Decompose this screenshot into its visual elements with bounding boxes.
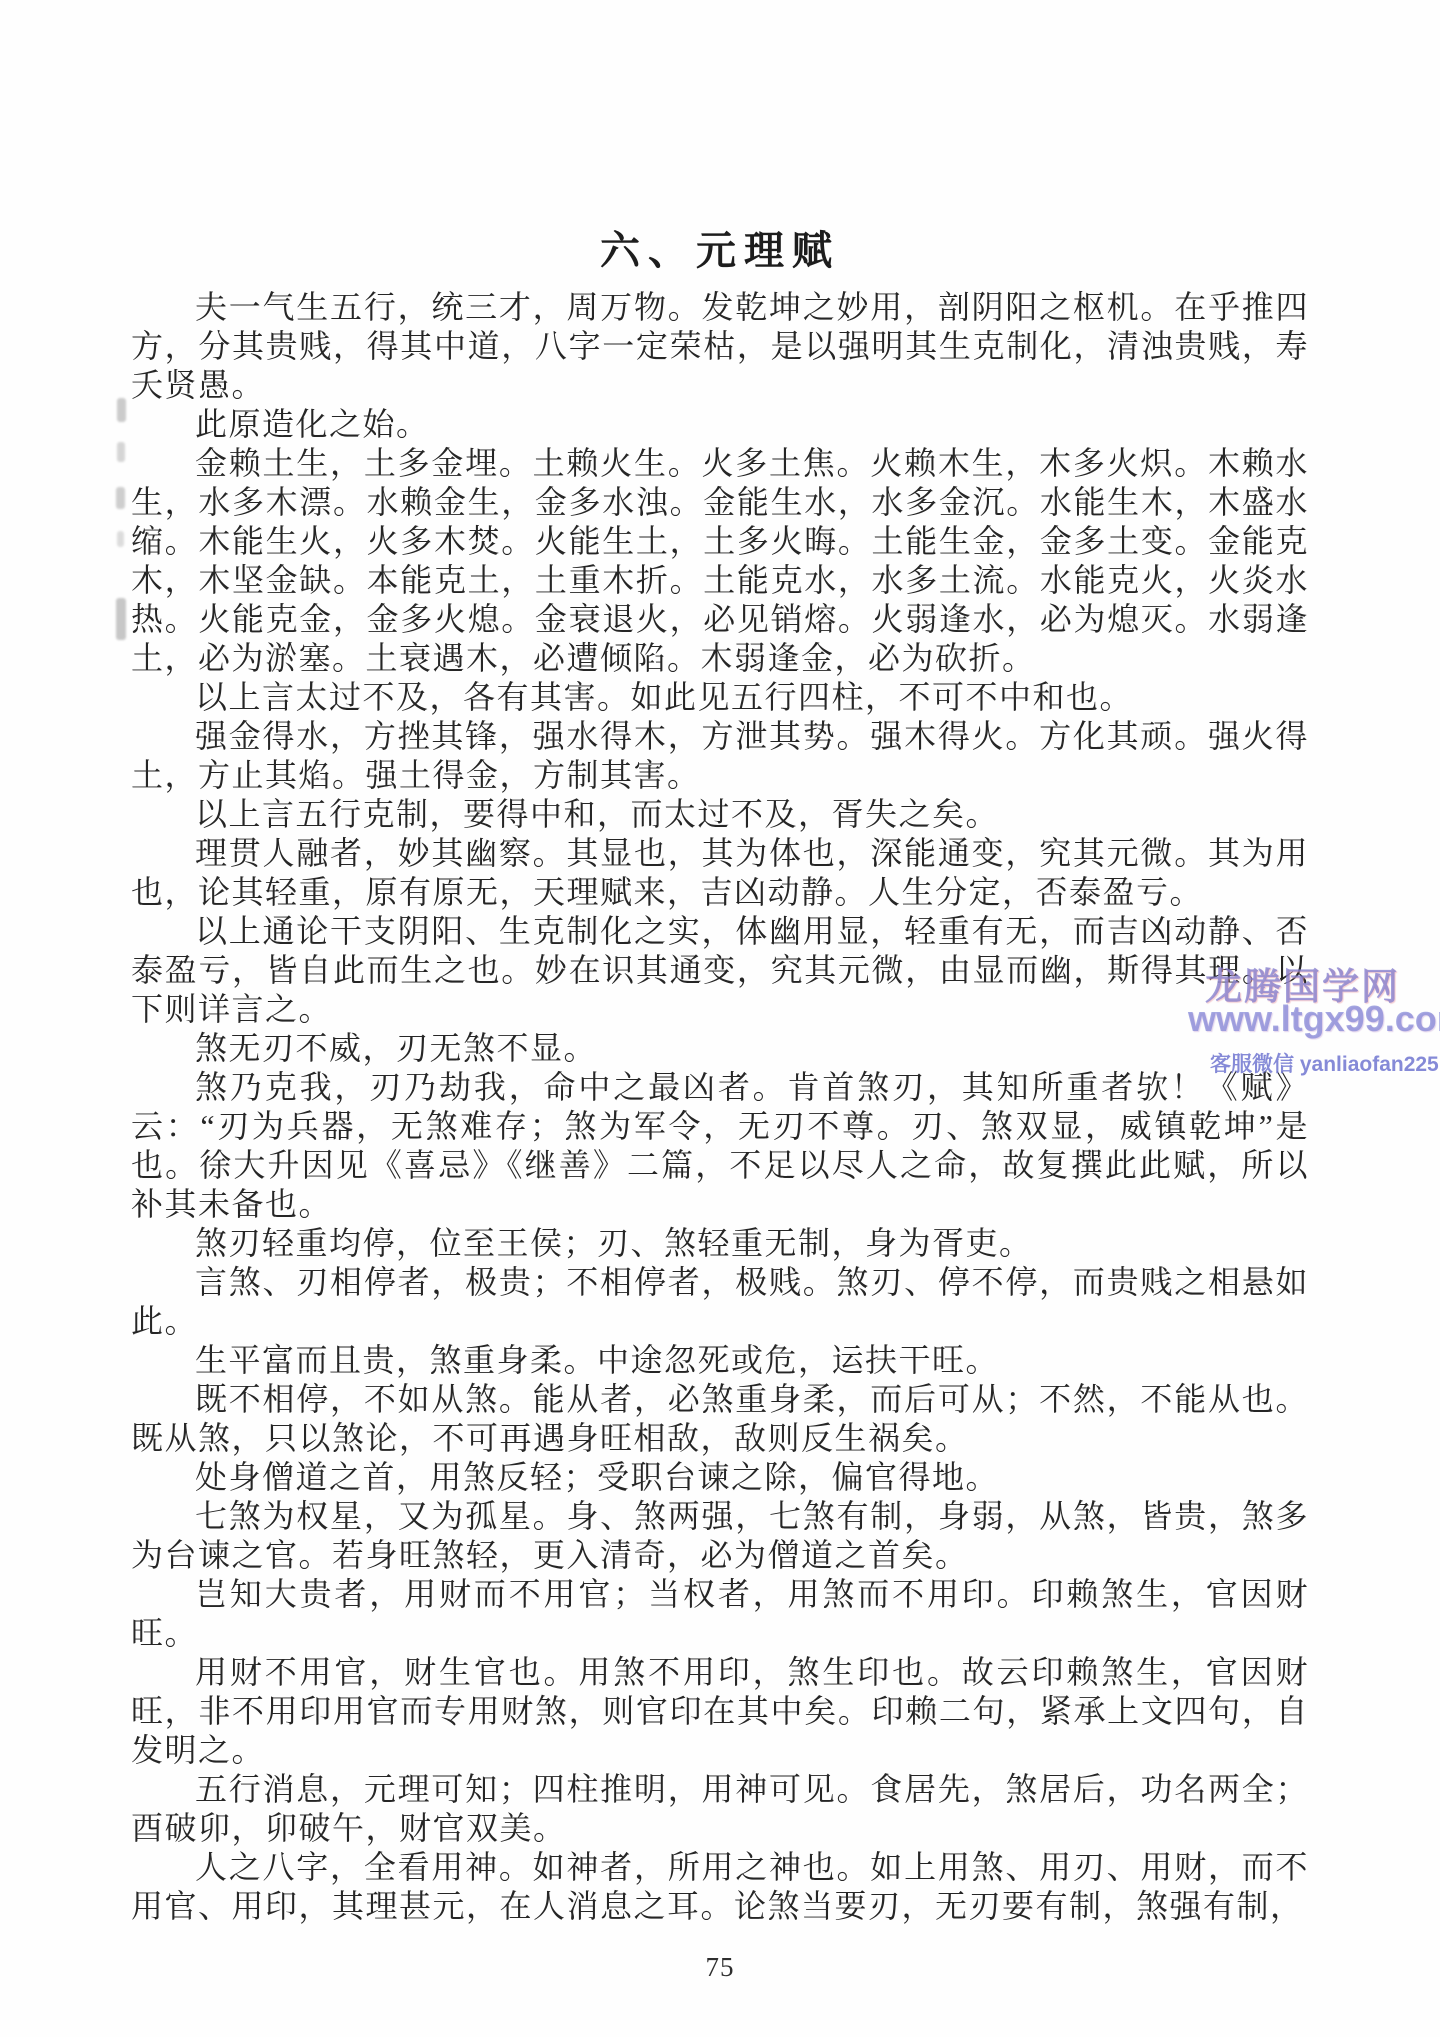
paragraph: 夫一气生五行，统三才，周万物。发乾坤之妙用，剖阴阳之枢机。在乎推四方，分其贵贱，… bbox=[131, 288, 1309, 405]
paragraph: 处身僧道之首，用煞反轻；受职台谏之除，偏官得地。 bbox=[131, 1458, 1309, 1497]
paragraph: 以上言太过不及，各有其害。如此见五行四柱，不可不中和也。 bbox=[131, 678, 1309, 717]
paragraph: 此原造化之始。 bbox=[131, 405, 1309, 444]
paragraph: 言煞、刃相停者，极贵；不相停者，极贱。煞刃、停不停，而贵贱之相悬如此。 bbox=[131, 1263, 1309, 1341]
scan-artifact bbox=[117, 398, 126, 422]
scan-artifact bbox=[117, 442, 125, 462]
paragraph: 以上言五行克制，要得中和，而太过不及，胥失之矣。 bbox=[131, 795, 1309, 834]
paragraph: 以上通论干支阴阳、生克制化之实，体幽用显，轻重有无，而吉凶动静、否泰盈亏，皆自此… bbox=[131, 912, 1309, 1029]
paragraph: 既不相停，不如从煞。能从者，必煞重身柔，而后可从；不然，不能从也。既从煞，只以煞… bbox=[131, 1380, 1309, 1458]
paragraph: 岂知大贵者，用财而不用官；当权者，用煞而不用印。印赖煞生，官因财旺。 bbox=[131, 1575, 1309, 1653]
paragraph: 人之八字，全看用神。如神者，所用之神也。如上用煞、用刃、用财，而不用官、用印，其… bbox=[131, 1848, 1309, 1926]
paragraph: 煞刃轻重均停，位至王侯；刃、煞轻重无制，身为胥吏。 bbox=[131, 1224, 1309, 1263]
paragraph: 理贯人融者，妙其幽察。其显也，其为体也，深能通变，究其元微。其为用也，论其轻重，… bbox=[131, 834, 1309, 912]
scan-artifact bbox=[116, 598, 126, 640]
paragraph: 煞无刃不威，刃无煞不显。 bbox=[131, 1029, 1309, 1068]
paragraph: 强金得水，方挫其锋，强水得木，方泄其势。强木得火。方化其顽。强火得土，方止其焰。… bbox=[131, 717, 1309, 795]
paragraph: 七煞为权星，又为孤星。身、煞两强，七煞有制，身弱，从煞，皆贵，煞多为台谏之官。若… bbox=[131, 1497, 1309, 1575]
scan-artifact bbox=[117, 531, 124, 547]
paragraph: 五行消息，元理可知；四柱推明，用神可见。食居先，煞居后，功名两全；酉破卯，卯破午… bbox=[131, 1770, 1309, 1848]
page-title: 六、元理赋 bbox=[131, 228, 1309, 274]
paragraph: 用财不用官，财生官也。用煞不用印，煞生印也。故云印赖煞生，官因财旺，非不用印用官… bbox=[131, 1653, 1309, 1770]
page-number: 75 bbox=[0, 1952, 1440, 1983]
paragraph: 生平富而且贵，煞重身柔。中途忽死或危，运扶干旺。 bbox=[131, 1341, 1309, 1380]
document-page: 六、元理赋 夫一气生五行，统三才，周万物。发乾坤之妙用，剖阴阳之枢机。在乎推四方… bbox=[0, 0, 1440, 2037]
document-body: 夫一气生五行，统三才，周万物。发乾坤之妙用，剖阴阳之枢机。在乎推四方，分其贵贱，… bbox=[131, 288, 1309, 1926]
scan-artifact bbox=[116, 487, 125, 509]
paragraph: 煞乃克我，刃乃劫我，命中之最凶者。肯首煞刃，其知所重者欤！《赋》云：“刃为兵器，… bbox=[131, 1068, 1309, 1224]
paragraph: 金赖土生，土多金埋。土赖火生。火多土焦。火赖木生，木多火炽。木赖水生，水多木漂。… bbox=[131, 444, 1309, 678]
